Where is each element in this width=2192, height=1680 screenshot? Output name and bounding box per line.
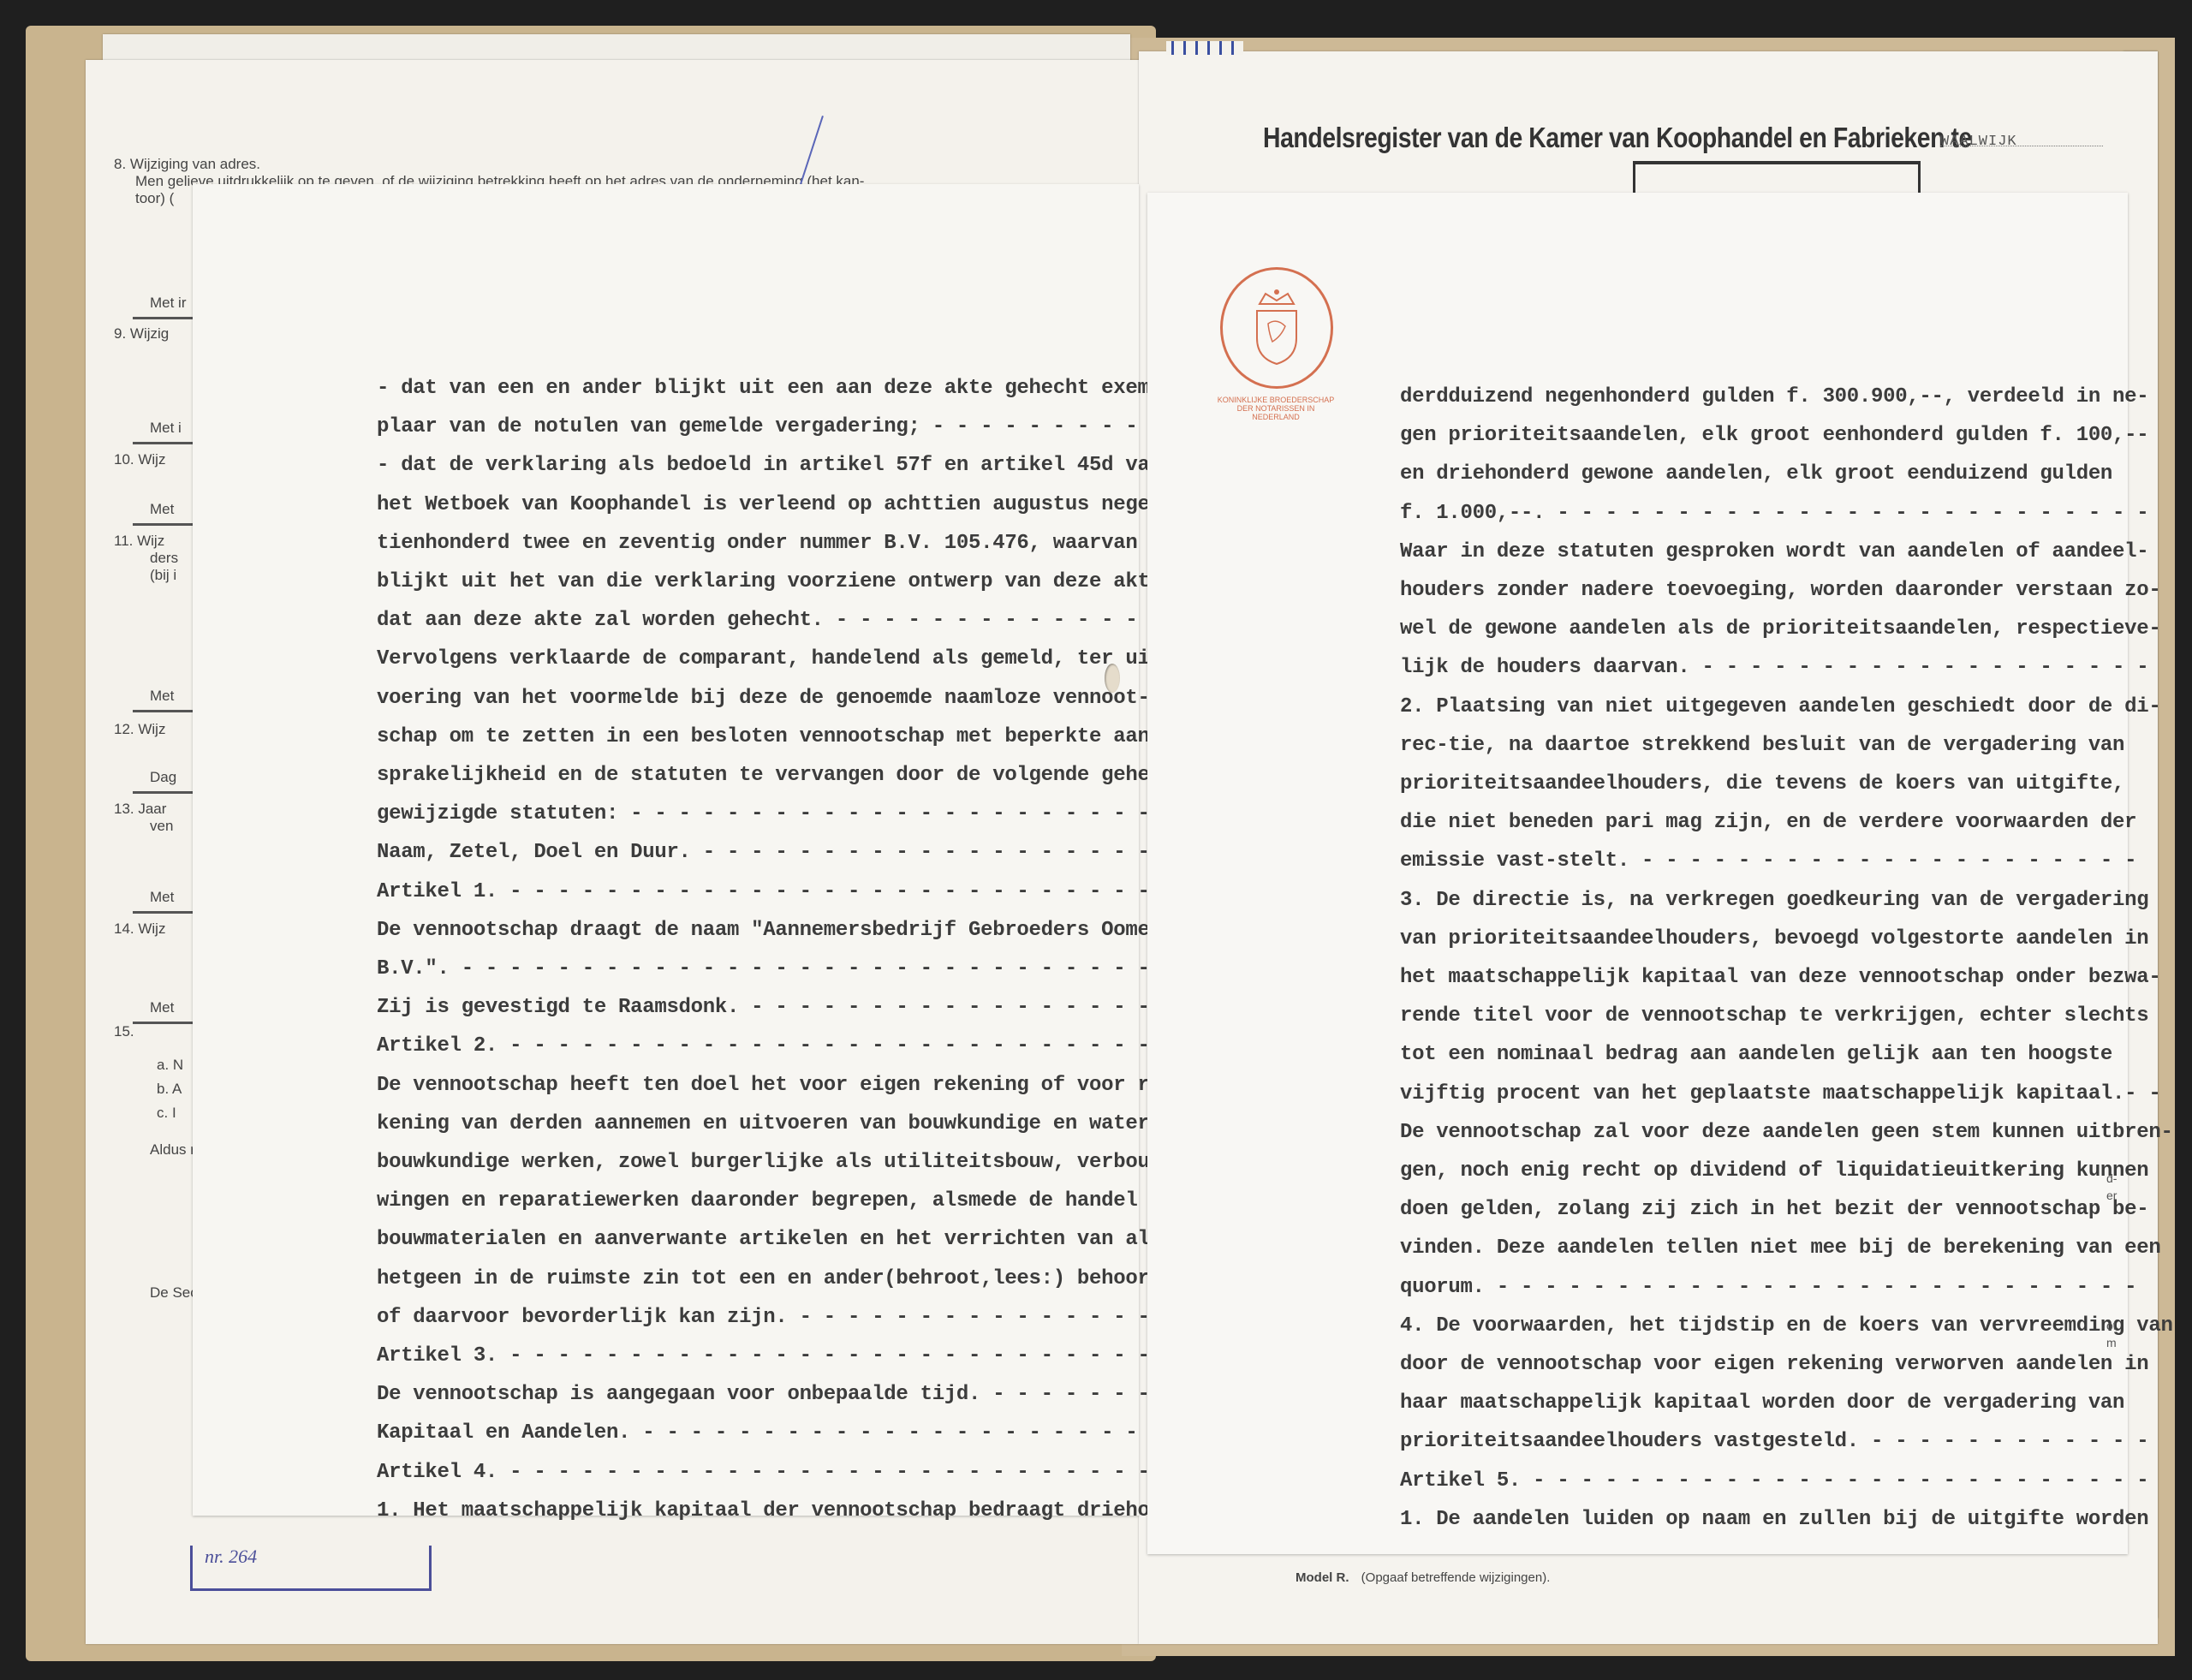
deed-text-line: wel de gewone aandelen als de prioriteit… xyxy=(1400,617,2160,640)
edge-fragment: ot xyxy=(2106,1319,2117,1332)
deed-page-left: - dat van een en ander blijkt uit een aa… xyxy=(193,184,1139,1516)
deed-text-line: lijk de houders daarvan. - - - - - - - -… xyxy=(1400,656,2148,679)
form-item-8-text-cont: toor) ( xyxy=(135,190,174,207)
deed-text-line: gewijzigde statuten: - - - - - - - - - -… xyxy=(377,802,1150,825)
deed-text-line: Zij is gevestigd te Raamsdonk. - - - - -… xyxy=(377,996,1150,1019)
form-divider xyxy=(133,523,193,526)
deed-text-line: 1. Het maatschappelijk kapitaal der venn… xyxy=(377,1499,1174,1522)
register-title: Handelsregister van de Kamer van Koophan… xyxy=(1263,122,1972,154)
deed-text-line: wingen en reparatiewerken daaronder begr… xyxy=(377,1189,1174,1212)
form-field-label: 11. Wijz xyxy=(114,533,164,550)
deed-text-line: Waar in deze statuten gesproken wordt va… xyxy=(1400,540,2148,563)
register-city: WAALWIJK xyxy=(1940,134,2017,150)
deed-text-line: tot een nominaal bedrag aan aandelen gel… xyxy=(1400,1043,2112,1066)
edge-fragment: er xyxy=(2106,1189,2117,1202)
deed-text-line: 4. De voorwaarden, het tijdstip en de ko… xyxy=(1400,1314,2173,1337)
deed-text-line: Artikel 2. - - - - - - - - - - - - - - -… xyxy=(377,1034,1150,1057)
model-description: (Opgaaf betreffende wijzigingen). xyxy=(1361,1570,1551,1585)
deed-text-line: van prioriteitsaandeelhouders, bevoegd v… xyxy=(1400,927,2148,950)
form-field-label: Met i xyxy=(150,420,182,437)
deed-text-line: rende titel voor de vennootschap te verk… xyxy=(1400,1004,2148,1028)
deed-text-line: De vennootschap draagt de naam "Aannemer… xyxy=(377,919,1150,942)
deed-text-line: vijftig procent van het geplaatste maats… xyxy=(1400,1082,2160,1105)
deed-text-line: het maatschappelijk kapitaal van deze ve… xyxy=(1400,966,2160,989)
deed-text-line: voering van het voormelde bij deze de ge… xyxy=(377,687,1150,710)
deed-text-line: hetgeen in de ruimste zin tot een en and… xyxy=(377,1267,1162,1290)
crown-shield-icon xyxy=(1238,285,1315,371)
deed-text-line: blijkt uit het van die verklaring voorzi… xyxy=(377,570,1174,593)
notary-seal xyxy=(1220,267,1333,389)
punch-hole xyxy=(1105,664,1120,693)
form-model-caption: Model R. (Opgaaf betreffende wijzigingen… xyxy=(1296,1570,1550,1585)
form-divider xyxy=(133,317,193,319)
form-field-label: 13. Jaar xyxy=(114,801,166,818)
form-field-label: ven xyxy=(150,818,173,835)
edge-fragment: m xyxy=(2106,1336,2117,1349)
form-field-label: Met xyxy=(150,688,174,705)
seal-inscription: KONINKLIJKE BROEDERSCHAP DER NOTARISSEN … xyxy=(1216,396,1336,421)
deed-text-line: vinden. Deze aandelen tellen niet mee bi… xyxy=(1400,1236,2160,1260)
deed-text-line: het Wetboek van Koophandel is verleend o… xyxy=(377,493,1174,516)
deed-text-line: B.V.". - - - - - - - - - - - - - - - - -… xyxy=(377,957,1150,980)
form-field-label: Met xyxy=(150,501,174,518)
deed-text-line: De vennootschap zal voor deze aandelen g… xyxy=(1400,1121,2173,1144)
deed-text-line: gen, noch enig recht op dividend of liqu… xyxy=(1400,1159,2148,1183)
deed-text-line: bouwkundige werken, zowel burgerlijke al… xyxy=(377,1151,1162,1174)
deed-text-line: 1. De aandelen luiden op naam en zullen … xyxy=(1400,1508,2148,1531)
form-divider xyxy=(133,442,193,444)
deed-text-line: Artikel 3. - - - - - - - - - - - - - - -… xyxy=(377,1344,1150,1367)
deed-text-line: De vennootschap heeft ten doel het voor … xyxy=(377,1074,1174,1097)
model-label: Model R. xyxy=(1296,1570,1349,1585)
form-field-label: 15. xyxy=(114,1023,134,1040)
perforated-tape xyxy=(1166,41,1243,55)
deed-text-line: emissie vast-stelt. - - - - - - - - - - … xyxy=(1400,849,2136,873)
deed-text-line: die niet beneden pari mag zijn, en de ve… xyxy=(1400,811,2136,834)
deed-text-line: f. 1.000,--. - - - - - - - - - - - - - -… xyxy=(1400,502,2148,525)
file-number-box: nr. 264 xyxy=(190,1546,432,1591)
form-field-label: 12. Wijz xyxy=(114,721,165,738)
form-divider xyxy=(133,710,193,712)
deed-text-line: 2. Plaatsing van niet uitgegeven aandele… xyxy=(1400,695,2160,718)
deed-text-line: en driehonderd gewone aandelen, elk groo… xyxy=(1400,462,2112,486)
form-field-label: 10. Wijz xyxy=(114,451,165,468)
form-divider xyxy=(133,1022,193,1024)
form-field-label: De Sec xyxy=(150,1284,198,1302)
deed-text-line: Artikel 4. - - - - - - - - - - - - - - -… xyxy=(377,1461,1150,1484)
deed-text-line: Artikel 1. - - - - - - - - - - - - - - -… xyxy=(377,880,1150,903)
deed-text-line: bouwmaterialen en aanverwante artikelen … xyxy=(377,1228,1150,1251)
deed-text-line: - dat van een en ander blijkt uit een aa… xyxy=(377,377,1162,400)
deed-text-line: of daarvoor bevorderlijk kan zijn. - - -… xyxy=(377,1306,1150,1329)
deed-text-line: schap om te zetten in een besloten venno… xyxy=(377,725,1162,748)
deed-text-line: 3. De directie is, na verkregen goedkeur… xyxy=(1400,889,2148,912)
form-item-8-title: 8. Wijziging van adres. xyxy=(114,156,260,173)
form-field-label: Met ir xyxy=(150,295,187,312)
deed-text-line: prioriteitsaandeelhouders, die tevens de… xyxy=(1400,772,2124,795)
form-field-label: (bij i xyxy=(150,567,176,584)
deed-text-line: plaar van de notulen van gemelde vergade… xyxy=(377,415,1137,438)
deed-text-line: sprakelijkheid en de statuten te vervang… xyxy=(377,764,1174,787)
deed-text-line: Artikel 5. - - - - - - - - - - - - - - -… xyxy=(1400,1469,2148,1492)
deed-text-line: De vennootschap is aangegaan voor onbepa… xyxy=(377,1383,1150,1406)
deed-text-line: Naam, Zetel, Doel en Duur. - - - - - - -… xyxy=(377,841,1150,864)
form-field-label: Aldus r xyxy=(150,1141,195,1159)
city-dotted-line xyxy=(1940,146,2103,146)
form-field-label: c. I xyxy=(157,1105,176,1122)
deed-text-line: Vervolgens verklaarde de comparant, hand… xyxy=(377,647,1174,670)
form-field-label: ders xyxy=(150,550,178,567)
form-field-label: Dag xyxy=(150,769,176,786)
deed-text-line: quorum. - - - - - - - - - - - - - - - - … xyxy=(1400,1276,2136,1299)
form-field-label: 9. Wijzig xyxy=(114,325,169,343)
deed-text-line: doen gelden, zolang zij zich in het bezi… xyxy=(1400,1198,2148,1221)
deed-text-line: Kapitaal en Aandelen. - - - - - - - - - … xyxy=(377,1421,1137,1445)
deed-text-line: door de vennootschap voor eigen rekening… xyxy=(1400,1353,2148,1376)
deed-text-line: tienhonderd twee en zeventig onder numme… xyxy=(377,532,1137,555)
deed-text-line: kening van derden aannemen en uitvoeren … xyxy=(377,1112,1162,1135)
deed-text-line: gen prioriteitsaandelen, elk groot eenho… xyxy=(1400,424,2148,447)
deed-text-line: prioriteitsaandeelhouders vastgesteld. -… xyxy=(1400,1430,2148,1453)
form-field-label: Met xyxy=(150,999,174,1016)
form-divider xyxy=(133,911,193,914)
form-field-label: Met xyxy=(150,889,174,906)
deed-text-line: houders zonder nadere toevoeging, worden… xyxy=(1400,579,2160,602)
deed-text-line: rec-tie, na daartoe strekkend besluit va… xyxy=(1400,734,2124,757)
deed-text-line: - dat de verklaring als bedoeld in artik… xyxy=(377,454,1162,477)
deed-text-line: dat aan deze akte zal worden gehecht. - … xyxy=(377,609,1162,632)
form-field-label: a. N xyxy=(157,1057,183,1074)
form-field-label: b. A xyxy=(157,1081,182,1098)
deed-text-line: haar maatschappelijk kapitaal worden doo… xyxy=(1400,1391,2124,1415)
form-field-label: 14. Wijz xyxy=(114,920,165,938)
form-divider xyxy=(133,791,193,794)
edge-fragment: d- xyxy=(2106,1171,2117,1185)
deed-text-line: derdduizend negenhonderd gulden f. 300.9… xyxy=(1400,385,2148,408)
